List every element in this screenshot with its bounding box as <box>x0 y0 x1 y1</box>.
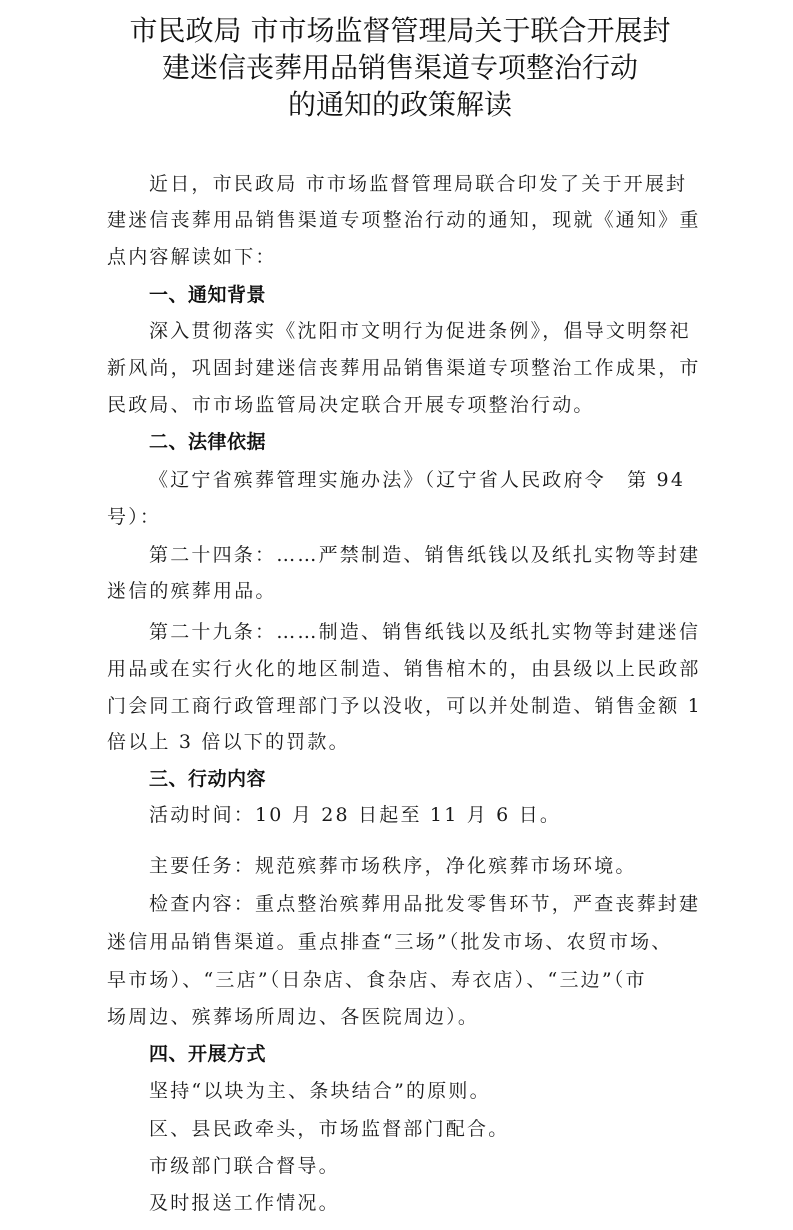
body-line: 倍以上 3 倍以下的罚款。 <box>107 730 697 754</box>
body-line: 检查内容：重点整治殡葬用品批发零售环节，严查丧葬封建 <box>149 892 697 916</box>
body-line: 主要任务：规范殡葬市场秩序，净化殡葬市场环境。 <box>149 854 697 878</box>
title-line: 的通知的政策解读 <box>100 86 700 123</box>
body-line: 区、县民政牵头，市场监督部门配合。 <box>149 1117 697 1141</box>
body-line: 第二十四条：……严禁制造、销售纸钱以及纸扎实物等封建 <box>149 543 697 567</box>
body-line: 用品或在实行火化的地区制造、销售棺木的，由县级以上民政部 <box>107 657 697 681</box>
intro-line: 近日，市民政局 市市场监督管理局联合印发了关于开展封 <box>149 172 697 196</box>
body-line: 活动时间：10 月 28 日起至 11 月 6 日。 <box>149 803 697 827</box>
body-line: 早市场）、“三店”（日杂店、食杂店、寿衣店）、“三边”（市 <box>107 968 697 992</box>
body-line: 场周边、殡葬场所周边、各医院周边）。 <box>107 1005 697 1029</box>
section-heading-legal-basis: 二、法律依据 <box>149 430 697 454</box>
body-line: 坚持“以块为主、条块结合”的原则。 <box>149 1079 697 1103</box>
body-line: 门会同工商行政管理部门予以没收，可以并处制造、销售金额 1 <box>107 694 697 718</box>
section-heading-method: 四、开展方式 <box>149 1042 697 1066</box>
body-line: 号）： <box>107 505 697 529</box>
body-line: 及时报送工作情况。 <box>149 1191 697 1215</box>
body-line: 迷信的殡葬用品。 <box>107 579 697 603</box>
title-line: 市民政局 市市场监督管理局关于联合开展封 <box>100 12 700 49</box>
document-title: 市民政局 市市场监督管理局关于联合开展封 建迷信丧葬用品销售渠道专项整治行动 的… <box>100 12 700 123</box>
intro-line: 点内容解读如下： <box>107 245 697 269</box>
body-line: 第二十九条：……制造、销售纸钱以及纸扎实物等封建迷信 <box>149 620 697 644</box>
body-line: 深入贯彻落实《沈阳市文明行为促进条例》，倡导文明祭祀 <box>149 319 697 343</box>
intro-line: 建迷信丧葬用品销售渠道专项整治行动的通知，现就《通知》重 <box>107 208 697 232</box>
body-line: 《辽宁省殡葬管理实施办法》（辽宁省人民政府令 第 94 <box>149 468 697 492</box>
section-heading-action-content: 三、行动内容 <box>149 767 697 791</box>
title-line: 建迷信丧葬用品销售渠道专项整治行动 <box>100 49 700 86</box>
section-heading-background: 一、通知背景 <box>149 283 697 307</box>
body-line: 新风尚，巩固封建迷信丧葬用品销售渠道专项整治工作成果，市 <box>107 356 697 380</box>
body-line: 民政局、市市场监管局决定联合开展专项整治行动。 <box>107 393 697 417</box>
body-line: 市级部门联合督导。 <box>149 1154 697 1178</box>
body-line: 迷信用品销售渠道。重点排查“三场”（批发市场、农贸市场、 <box>107 930 697 954</box>
